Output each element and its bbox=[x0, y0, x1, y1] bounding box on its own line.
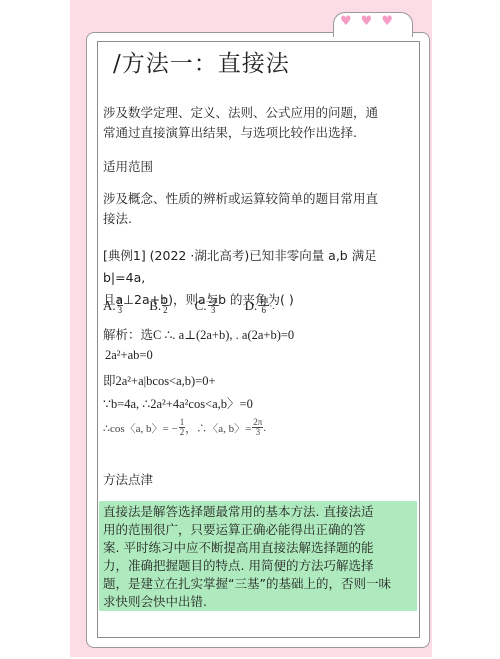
fraction: π2 bbox=[162, 296, 169, 315]
option-c: C. 2π3 bbox=[195, 296, 219, 315]
denominator: 3 bbox=[118, 306, 123, 315]
denominator: 3 bbox=[211, 306, 216, 315]
option-label: C. bbox=[195, 298, 207, 314]
intro-paragraph: 涉及数学定理、定义、法则、公式应用的问题，通 常通过直接演算出结果，与选项比较作… bbox=[103, 103, 403, 143]
option-label: A. bbox=[103, 298, 116, 314]
option-a: A. π3 bbox=[103, 296, 123, 315]
fraction: 5π6 bbox=[258, 296, 269, 315]
tips-heading: 方法点津 bbox=[103, 470, 153, 488]
solution-line-2: 2a²+ab=0 bbox=[105, 348, 153, 363]
option-label: B. bbox=[149, 298, 161, 314]
tips-line: 用的范围很广，只要运算正确必能得出正确的答 bbox=[103, 521, 415, 539]
denominator: 6 bbox=[262, 306, 267, 315]
denominator: 2 bbox=[180, 428, 185, 437]
tips-line: 力，准确把握题目的特点. 用简便的方法巧解选择 bbox=[103, 557, 415, 575]
intro-line: 涉及数学定理、定义、法则、公式应用的问题，通 bbox=[103, 103, 403, 123]
answer-options: A. π3 B. π2 C. 2π3 D. 5π6 ·. bbox=[103, 296, 403, 315]
scope-paragraph: 涉及概念、性质的辨析或运算较简单的题目常用直 接法. bbox=[103, 189, 403, 229]
fraction: 2π3 bbox=[252, 418, 263, 437]
solution-text: ，∴〈a, b〉= bbox=[185, 420, 251, 436]
hearts-decoration: ♥ ♥ ♥ bbox=[340, 14, 393, 30]
heart-icon: ♥ bbox=[340, 14, 352, 30]
option-b: B. π2 bbox=[149, 296, 168, 315]
tips-paragraph: 直接法是解答选择题最常用的基本方法. 直接法适 用的范围很广，只要运算正确必能得… bbox=[103, 503, 415, 611]
tips-line: 题，是建立在扎实掌握“三基”的基础上的，否则一味 bbox=[103, 575, 415, 593]
option-label: D. bbox=[245, 298, 258, 314]
solution-text: ∴cos〈a, b〉= − bbox=[103, 420, 178, 436]
solution-line-5: ∴cos〈a, b〉= − 12 ，∴〈a, b〉= 2π3 . bbox=[103, 418, 266, 437]
page-title: /方法一：直接法 bbox=[113, 45, 290, 78]
scope-line: 涉及概念、性质的辨析或运算较简单的题目常用直 bbox=[103, 189, 403, 209]
heart-icon: ♥ bbox=[361, 14, 373, 30]
solution-line-4: ∵b=4a, ∴2a²+4a²cos<a,b〉=0 bbox=[103, 394, 253, 412]
solution-text: . bbox=[263, 422, 266, 434]
tips-line: 案. 平时练习中应不断提高用直接法解选择题的能 bbox=[103, 539, 415, 557]
option-suffix: ·. bbox=[269, 301, 274, 311]
tips-line: 直接法是解答选择题最常用的基本方法. 直接法适 bbox=[103, 503, 415, 521]
example-line: [典例1] (2022 ·湖北高考)已知非零向量 a,b 满足b|=4a, bbox=[103, 245, 403, 289]
scope-line: 接法. bbox=[103, 209, 403, 229]
fraction: 2π3 bbox=[208, 296, 219, 315]
denominator: 3 bbox=[256, 428, 261, 437]
denominator: 2 bbox=[163, 306, 168, 315]
tips-line: 求快则会快中出错. bbox=[103, 593, 415, 611]
solution-line-1: 解析：选C ∴. a⊥(2a+b), . a(2a+b)=0 bbox=[103, 325, 294, 343]
scope-heading: 适用范围 bbox=[103, 157, 153, 175]
option-d: D. 5π6 ·. bbox=[245, 296, 275, 315]
heart-icon: ♥ bbox=[381, 14, 393, 30]
intro-line: 常通过直接演算出结果，与选项比较作出选择. bbox=[103, 123, 403, 143]
solution-line-3: 即2a²+a|bcos<a,b)=0+ bbox=[103, 371, 216, 389]
fraction: π3 bbox=[117, 296, 124, 315]
